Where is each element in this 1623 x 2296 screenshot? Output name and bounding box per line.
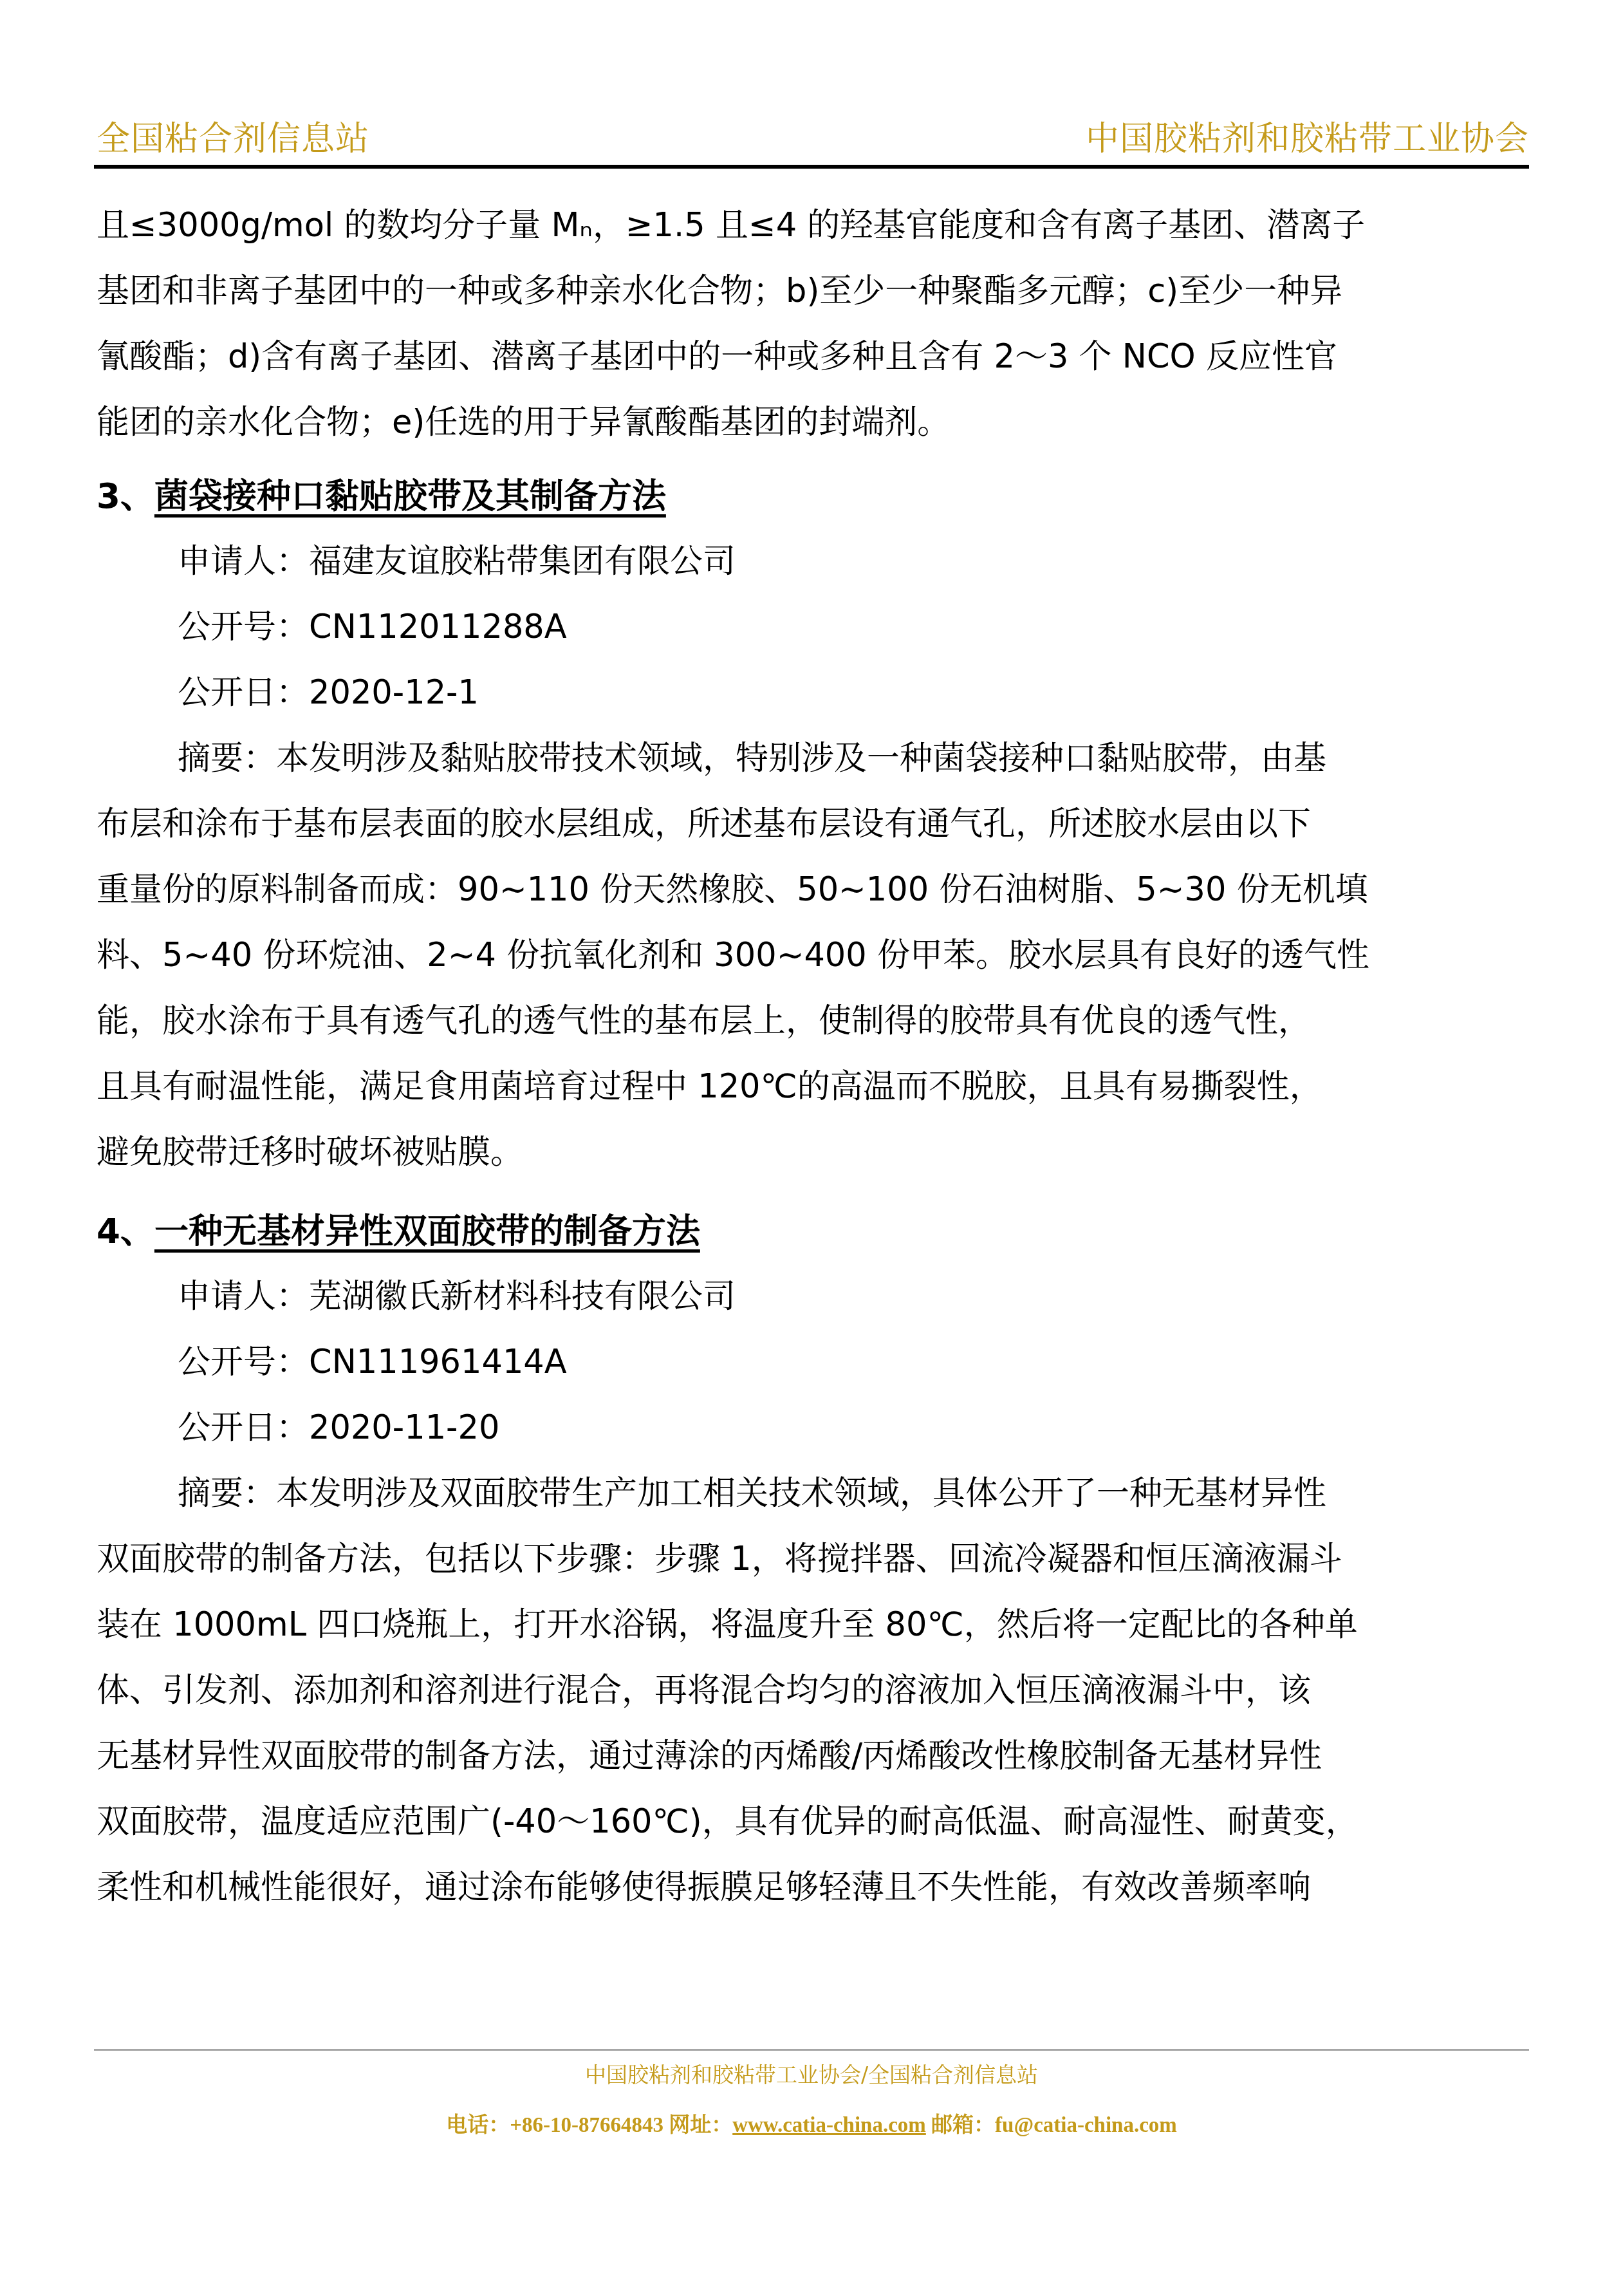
- text-line: 重量份的原料制备而成：90~110 份天然橡胶、50~100 份石油树脂、5~3…: [97, 857, 1529, 923]
- patent-entry: 4、一种无基材异性双面胶带的制备方法 申请人：芜湖徽氏新材料科技有限公司 公开号…: [97, 1200, 1529, 1921]
- text-line: 装在 1000mL 四口烧瓶上，打开水浴锅，将温度升至 80℃，然后将一定配比的…: [97, 1592, 1529, 1658]
- section-heading: 4、一种无基材异性双面胶带的制备方法: [97, 1200, 1529, 1264]
- text-line: 双面胶带的制备方法，包括以下步骤：步骤 1，将搅拌器、回流冷凝器和恒压滴液漏斗: [97, 1527, 1529, 1592]
- applicant-label: 申请人：: [178, 543, 309, 581]
- header-right-title: 中国胶粘剂和胶粘带工业协会: [1086, 116, 1529, 162]
- section-number: 3、: [97, 465, 154, 529]
- header-left-title: 全国粘合剂信息站: [97, 116, 369, 162]
- footer-divider: [94, 2049, 1529, 2051]
- section-title: 菌袋接种口黏贴胶带及其制备方法: [154, 477, 666, 516]
- applicant-value: 福建友谊胶粘带集团有限公司: [309, 543, 736, 581]
- publication-number-row: 公开号：CN112011288A: [97, 595, 1529, 660]
- applicant-value: 芜湖徽氏新材料科技有限公司: [309, 1278, 736, 1316]
- publication-number-label: 公开号：: [178, 608, 309, 646]
- continuation-paragraph: 且≤3000g/mol 的数均分子量 Mₙ，≥1.5 且≤4 的羟基官能度和含有…: [97, 193, 1529, 456]
- website-link[interactable]: www.catia-china.com: [732, 2114, 926, 2137]
- text-line: 柔性和机械性能很好，通过涂布能够使得振膜足够轻薄且不失性能，有效改善频率响: [97, 1855, 1529, 1921]
- section-title: 一种无基材异性双面胶带的制备方法: [154, 1212, 700, 1251]
- phone-label: 电话：: [446, 2114, 510, 2137]
- publication-number-row: 公开号：CN111961414A: [97, 1330, 1529, 1395]
- patent-entry: 3、菌袋接种口黏贴胶带及其制备方法 申请人：福建友谊胶粘带集团有限公司 公开号：…: [97, 465, 1529, 1186]
- text-line: 氰酸酯；d)含有离子基团、潜离子基团中的一种或多种且含有 2～3 个 NCO 反…: [97, 324, 1529, 390]
- phone-value: +86-10-87664843: [510, 2114, 663, 2137]
- applicant-row: 申请人：福建友谊胶粘带集团有限公司: [97, 529, 1529, 595]
- text-line: 无基材异性双面胶带的制备方法，通过薄涂的丙烯酸/丙烯酸改性橡胶制备无基材异性: [97, 1724, 1529, 1789]
- publication-number-label: 公开号：: [178, 1343, 309, 1381]
- publication-number-value: CN111961414A: [309, 1343, 567, 1381]
- text-line: 双面胶带，温度适应范围广(-40～160℃)，具有优异的耐高低温、耐高湿性、耐黄…: [97, 1789, 1529, 1855]
- text-line: 摘要：本发明涉及黏贴胶带技术领域，特别涉及一种菌袋接种口黏贴胶带，由基: [97, 726, 1529, 792]
- publication-date-row: 公开日：2020-11-20: [97, 1395, 1529, 1461]
- text-line: 避免胶带迁移时破坏被贴膜。: [97, 1120, 1529, 1186]
- applicant-row: 申请人：芜湖徽氏新材料科技有限公司: [97, 1264, 1529, 1330]
- publication-number-value: CN112011288A: [309, 608, 567, 646]
- header-divider: [94, 165, 1529, 169]
- publication-date-label: 公开日：: [178, 674, 309, 712]
- publication-date-value: 2020-11-20: [309, 1409, 499, 1447]
- text-line: 体、引发剂、添加剂和溶剂进行混合，再将混合均匀的溶液加入恒压滴液漏斗中，该: [97, 1658, 1529, 1724]
- abstract-paragraph: 摘要：本发明涉及双面胶带生产加工相关技术领域，具体公开了一种无基材异性 双面胶带…: [97, 1461, 1529, 1921]
- section-heading: 3、菌袋接种口黏贴胶带及其制备方法: [97, 465, 1529, 529]
- website-label: 网址：: [663, 2114, 732, 2137]
- footer-contact-line: 电话：+86-10-87664843 网址：www.catia-china.co…: [0, 2107, 1623, 2143]
- text-line: 且具有耐温性能，满足食用菌培育过程中 120℃的高温而不脱胶，且具有易撕裂性，: [97, 1054, 1529, 1120]
- publication-date-value: 2020-12-1: [309, 674, 479, 712]
- applicant-label: 申请人：: [178, 1278, 309, 1316]
- text-line: 能，胶水涂布于具有透气孔的透气性的基布层上，使制得的胶带具有优良的透气性，: [97, 989, 1529, 1054]
- publication-date-label: 公开日：: [178, 1409, 309, 1447]
- text-line: 料、5~40 份环烷油、2~4 份抗氧化剂和 300~400 份甲苯。胶水层具有…: [97, 923, 1529, 989]
- text-line: 且≤3000g/mol 的数均分子量 Mₙ，≥1.5 且≤4 的羟基官能度和含有…: [97, 193, 1529, 259]
- email-label: 邮箱：: [926, 2114, 995, 2137]
- abstract-paragraph: 摘要：本发明涉及黏贴胶带技术领域，特别涉及一种菌袋接种口黏贴胶带，由基 布层和涂…: [97, 726, 1529, 1186]
- page-header: 全国粘合剂信息站 中国胶粘剂和胶粘带工业协会: [97, 116, 1529, 167]
- publication-date-row: 公开日：2020-12-1: [97, 660, 1529, 726]
- email-value: fu@catia-china.com: [995, 2114, 1177, 2137]
- document-body: 且≤3000g/mol 的数均分子量 Mₙ，≥1.5 且≤4 的羟基官能度和含有…: [97, 193, 1529, 1921]
- text-line: 能团的亲水化合物；e)任选的用于异氰酸酯基团的封端剂。: [97, 390, 1529, 456]
- text-line: 布层和涂布于基布层表面的胶水层组成，所述基布层设有通气孔，所述胶水层由以下: [97, 792, 1529, 857]
- text-line: 基团和非离子基团中的一种或多种亲水化合物；b)至少一种聚酯多元醇；c)至少一种异: [97, 259, 1529, 324]
- text-line: 摘要：本发明涉及双面胶带生产加工相关技术领域，具体公开了一种无基材异性: [97, 1461, 1529, 1527]
- section-number: 4、: [97, 1200, 154, 1264]
- footer-org-line: 中国胶粘剂和胶粘带工业协会/全国粘合剂信息站: [0, 2057, 1623, 2093]
- document-page: 全国粘合剂信息站 中国胶粘剂和胶粘带工业协会 且≤3000g/mol 的数均分子…: [0, 0, 1623, 2296]
